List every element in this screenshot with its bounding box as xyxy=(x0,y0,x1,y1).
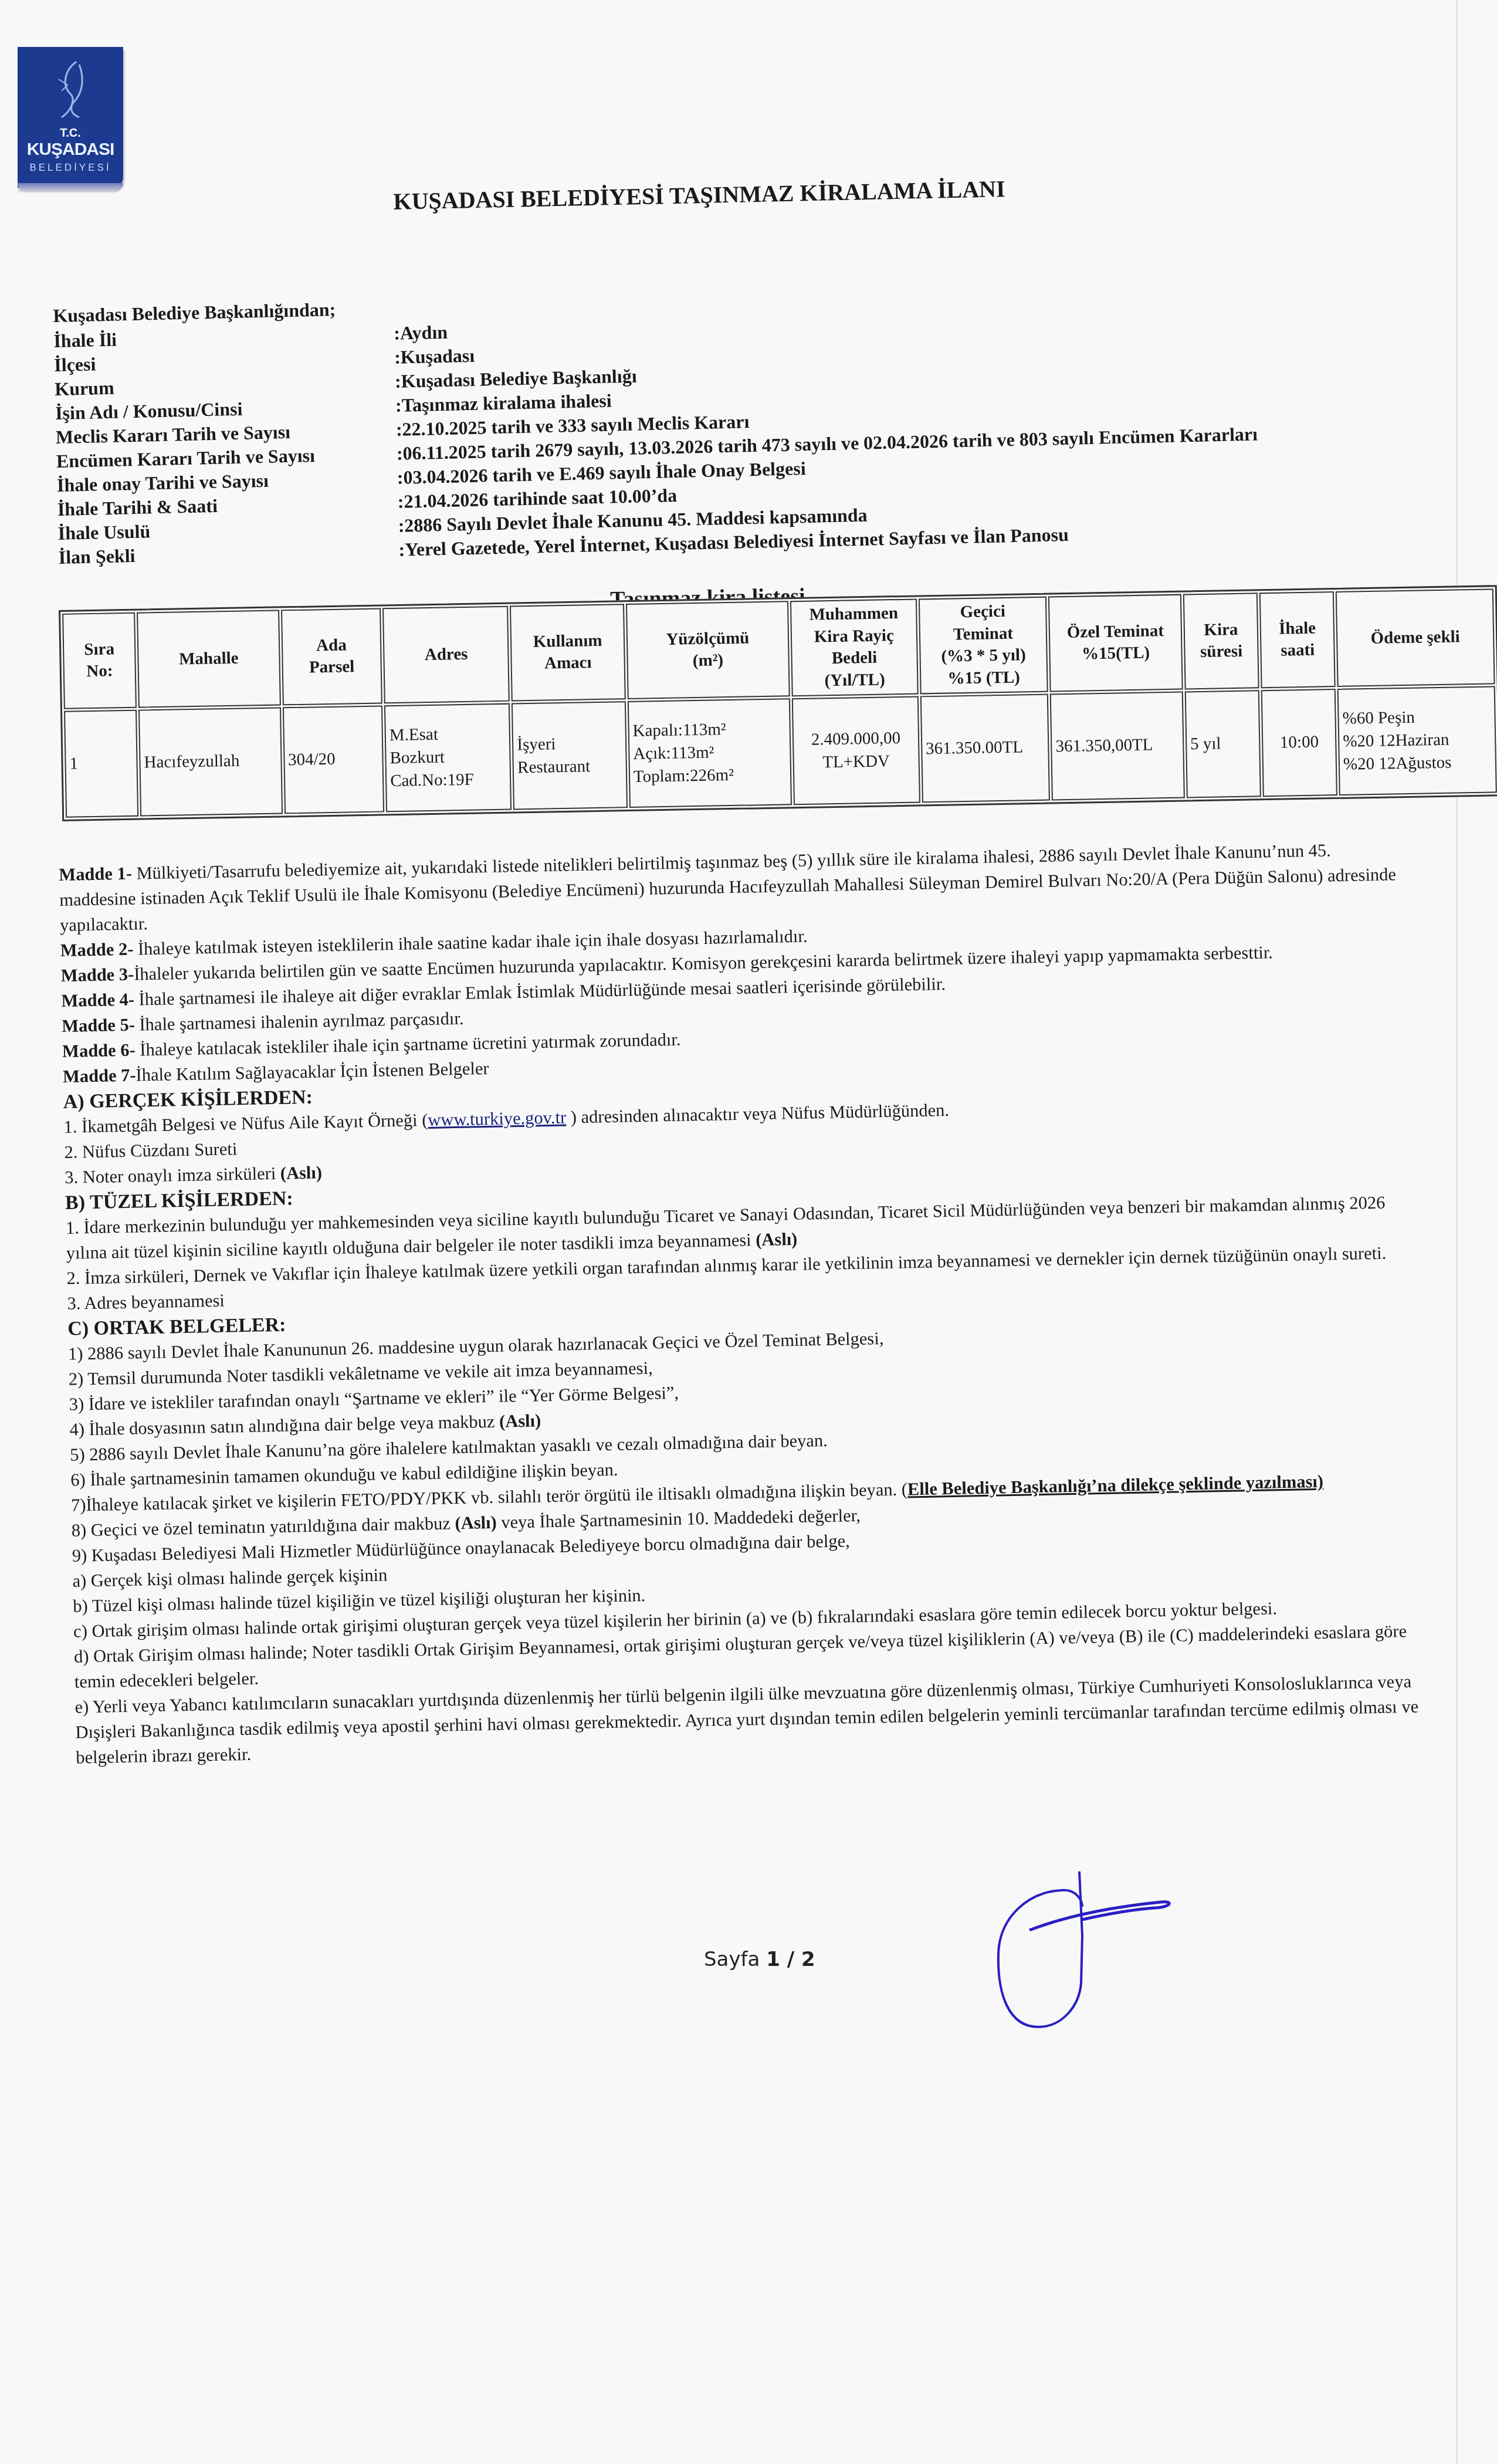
table-header-cell: Yüzölçümü (m²) xyxy=(626,601,790,699)
table-header-cell: Kira süresi xyxy=(1183,593,1259,689)
table-header-cell: İhale saati xyxy=(1259,591,1335,688)
info-value: :Kuşadası xyxy=(394,345,475,368)
page-edge-shadow xyxy=(1456,0,1458,2464)
cell-ada-parsel: 304/20 xyxy=(283,705,385,814)
table-header-cell: Mahalle xyxy=(137,610,280,708)
table-header-cell: Sıra No: xyxy=(62,612,137,709)
logo-subtitle: BELEDİYESİ xyxy=(18,162,123,174)
tender-info-block: Kuşadası Belediye Başkanlığından; İhale … xyxy=(53,278,1260,570)
info-value: :Taşınmaz kiralama ihalesi xyxy=(395,390,612,416)
cell-adres: M.Esat Bozkurt Cad.No:19F xyxy=(384,703,512,812)
articles-body: Madde 1- Mülkiyeti/Tasarrufu belediyemiz… xyxy=(59,837,1419,1771)
page-number: Sayfa 1 / 2 xyxy=(704,1948,815,1971)
cell-muhammen: 2.409.000,00 TL+KDV xyxy=(792,696,920,805)
table-header-cell: Özel Teminat %15(TL) xyxy=(1048,594,1183,692)
cell-odeme: %60 Peşin %20 12Haziran %20 12Ağustos xyxy=(1337,686,1497,796)
cell-mahalle: Hacıfeyzullah xyxy=(138,707,283,816)
logo-wave xyxy=(18,183,123,192)
cell-ozel-teminat: 361.350,00TL xyxy=(1050,691,1185,800)
cell-sira: 1 xyxy=(64,709,138,817)
table-header-cell: Muhammen Kira Rayiç Bedeli (Yıl/TL) xyxy=(790,598,919,696)
dove-emblem-icon xyxy=(53,59,88,123)
municipality-logo: T.C. KUŞADASI BELEDİYESİ xyxy=(18,47,123,188)
table-header-cell: Kullanım Amacı xyxy=(510,604,625,701)
logo-name: KUŞADASI xyxy=(18,140,123,160)
property-table-wrap: Sıra No:MahalleAda ParselAdresKullanım A… xyxy=(59,585,1497,821)
cell-yuzolcumu: Kapalı:113m² Açık:113m² Toplam:226m² xyxy=(628,698,792,808)
property-rent-table: Sıra No:MahalleAda ParselAdresKullanım A… xyxy=(59,585,1497,821)
table-header-cell: Ödeme şekli xyxy=(1336,588,1495,686)
info-value: :Aydın xyxy=(394,321,448,344)
document-title: KUŞADASI BELEDİYESİ TAŞINMAZ KİRALAMA İL… xyxy=(393,175,1005,215)
cell-kira-suresi: 5 yıl xyxy=(1184,690,1261,798)
logo-tc: T.C. xyxy=(18,127,123,140)
turkiye-gov-link[interactable]: www.turkiye.gov.tr xyxy=(428,1107,566,1130)
cell-ihale-saati: 10:00 xyxy=(1261,689,1337,797)
handwritten-signature-icon xyxy=(962,1866,1208,2036)
table-header-cell: Geçici Teminat (%3 * 5 yıl) %15 (TL) xyxy=(919,597,1048,695)
table-row: 1Hacıfeyzullah304/20M.Esat Bozkurt Cad.N… xyxy=(64,686,1497,818)
table-header-cell: Ada Parsel xyxy=(281,608,382,705)
table-header-cell: Adres xyxy=(382,606,510,703)
cell-kullanim: İşyeri Restaurant xyxy=(512,701,628,810)
cell-gecici-teminat: 361.350.00TL xyxy=(920,693,1050,803)
